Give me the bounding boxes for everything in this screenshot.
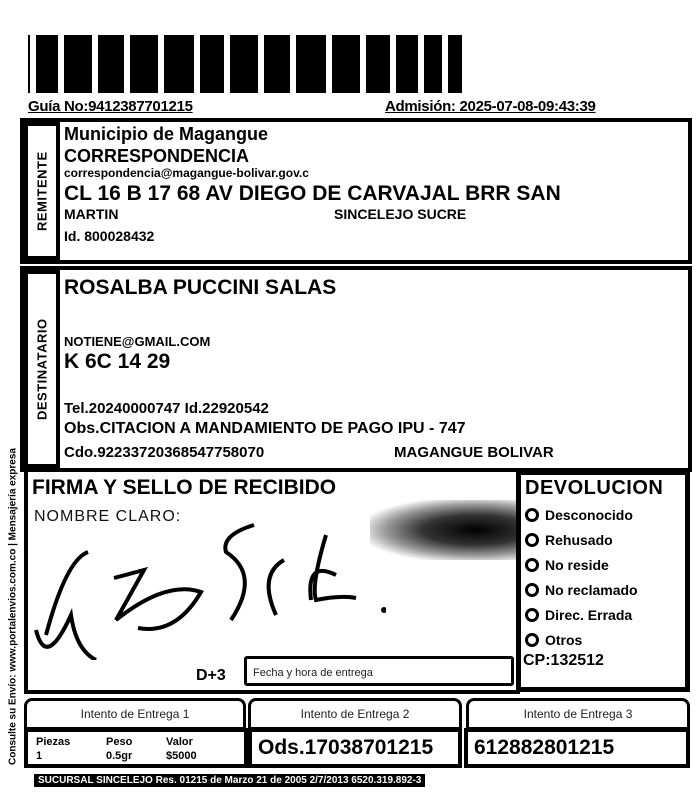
barcode-bar bbox=[396, 35, 418, 93]
guia-number: Guía No:9412387701215 bbox=[28, 98, 193, 115]
option-label: Direc. Errada bbox=[545, 607, 632, 623]
admision-date: Admisión: 2025-07-08-09:43:39 bbox=[385, 98, 596, 115]
radio-icon bbox=[525, 633, 539, 647]
stamp-smudge bbox=[370, 500, 520, 560]
barcode-bar bbox=[264, 35, 290, 93]
radio-icon bbox=[525, 533, 539, 547]
remitente-section: REMITENTE Municipio de Magangue CORRESPO… bbox=[20, 118, 692, 264]
barcode bbox=[28, 35, 588, 93]
option-label: No reside bbox=[545, 557, 609, 573]
delivery-attempt-1[interactable]: Intento de Entrega 1 bbox=[24, 698, 246, 730]
barcode-bar bbox=[332, 35, 360, 93]
delivery-term: D+3 bbox=[196, 667, 226, 685]
tracking-code: 612882801215 bbox=[464, 728, 690, 768]
value-value: $5000 bbox=[166, 750, 226, 762]
option-label: Desconocido bbox=[545, 507, 633, 523]
return-option-direc-errada[interactable]: Direc. Errada bbox=[521, 602, 685, 627]
recipient-name: ROSALBA PUCCINI SALAS bbox=[64, 276, 336, 300]
recipient-city: MAGANGUE BOLIVAR bbox=[394, 444, 554, 461]
radio-icon bbox=[525, 583, 539, 597]
firma-title: FIRMA Y SELLO DE RECIBIDO bbox=[32, 476, 336, 500]
radio-icon bbox=[525, 508, 539, 522]
value-header: Valor bbox=[166, 736, 226, 748]
option-label: No reclamado bbox=[545, 582, 638, 598]
delivery-datetime-field[interactable]: Fecha y hora de entrega bbox=[244, 656, 514, 686]
sender-dept: CORRESPONDENCIA bbox=[64, 146, 249, 167]
sender-name: Municipio de Magangue bbox=[64, 124, 268, 145]
return-option-rehusado[interactable]: Rehusado bbox=[521, 527, 685, 552]
sender-city: SINCELEJO SUCRE bbox=[334, 206, 466, 222]
barcode-bar bbox=[200, 35, 224, 93]
barcode-bar bbox=[130, 35, 158, 93]
barcode-bar bbox=[28, 35, 30, 93]
recipient-email: NOTIENE@GMAIL.COM bbox=[64, 334, 210, 349]
barcode-bar bbox=[424, 35, 442, 93]
recipient-obs: Obs.CITACION A MANDAMIENTO DE PAGO IPU -… bbox=[64, 420, 466, 438]
barcode-bar bbox=[64, 35, 92, 93]
barcode-bar bbox=[230, 35, 258, 93]
weight-header: Peso bbox=[106, 736, 166, 748]
sender-id: Id. 800028432 bbox=[64, 228, 154, 244]
option-label: Rehusado bbox=[545, 532, 613, 548]
barcode-bar bbox=[366, 35, 390, 93]
radio-icon bbox=[525, 608, 539, 622]
devolucion-title: DEVOLUCION bbox=[521, 475, 685, 502]
fecha-label: Fecha y hora de entrega bbox=[253, 667, 373, 679]
barcode-bar bbox=[448, 35, 462, 93]
destinatario-label: DESTINATARIO bbox=[24, 270, 60, 468]
return-option-otros[interactable]: Otros bbox=[521, 627, 685, 652]
ods-number: Ods.17038701215 bbox=[248, 728, 462, 768]
destinatario-section: DESTINATARIO ROSALBA PUCCINI SALAS NOTIE… bbox=[20, 266, 692, 472]
package-details: Piezas Peso Valor 1 0.5gr $5000 bbox=[24, 728, 248, 768]
footer-text: SUCURSAL SINCELEJO Res. 01215 de Marzo 2… bbox=[34, 774, 425, 787]
sender-address-2: MARTIN bbox=[64, 206, 118, 222]
handwritten-signature bbox=[26, 520, 386, 660]
recipient-address: K 6C 14 29 bbox=[64, 350, 170, 374]
return-option-no-reside[interactable]: No reside bbox=[521, 552, 685, 577]
delivery-attempt-2[interactable]: Intento de Entrega 2 bbox=[248, 698, 462, 730]
pieces-value: 1 bbox=[36, 750, 106, 762]
barcode-bar bbox=[296, 35, 326, 93]
pieces-header: Piezas bbox=[36, 736, 106, 748]
weight-value: 0.5gr bbox=[106, 750, 166, 762]
barcode-bar bbox=[36, 35, 58, 93]
postal-code: CP:132512 bbox=[521, 652, 685, 670]
sender-email: correspondencia@magangue-bolivar.gov.c bbox=[64, 166, 309, 180]
recipient-tel-id: Tel.20240000747 Id.22920542 bbox=[64, 400, 269, 417]
remitente-label: REMITENTE bbox=[24, 122, 60, 260]
sender-address: CL 16 B 17 68 AV DIEGO DE CARVAJAL BRR S… bbox=[64, 182, 561, 206]
barcode-bar bbox=[164, 35, 194, 93]
option-label: Otros bbox=[545, 632, 582, 648]
radio-icon bbox=[525, 558, 539, 572]
devolucion-section: DEVOLUCION Desconocido Rehusado No resid… bbox=[516, 470, 690, 692]
barcode-bar bbox=[98, 35, 124, 93]
recipient-cod: Cdo.92233720368547758070 bbox=[64, 444, 264, 461]
vertical-site-text: Consulte su Envío: www.portalenvios.com.… bbox=[4, 355, 22, 765]
return-option-desconocido[interactable]: Desconocido bbox=[521, 502, 685, 527]
delivery-attempt-3[interactable]: Intento de Entrega 3 bbox=[466, 698, 690, 730]
return-option-no-reclamado[interactable]: No reclamado bbox=[521, 577, 685, 602]
